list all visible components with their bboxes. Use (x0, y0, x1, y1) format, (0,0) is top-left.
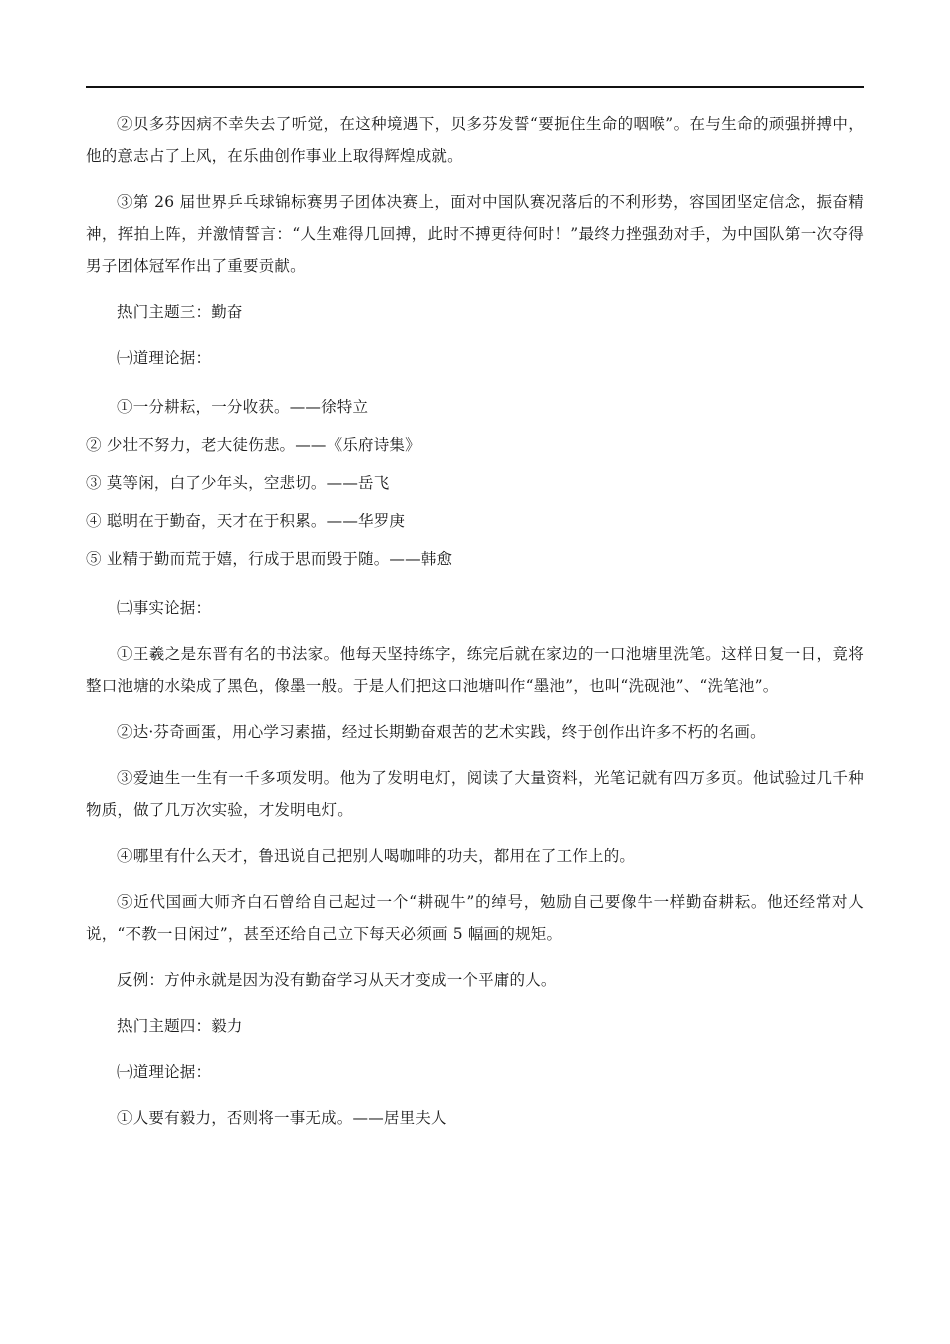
fact-item-lu-xun: ④哪里有什么天才，鲁迅说自己把别人喝咖啡的功夫，都用在了工作上的。 (86, 840, 864, 872)
topic-3-title: 热门主题三：勤奋 (86, 296, 864, 328)
fact-item-edison: ③爱迪生一生有一千多项发明。他为了发明电灯，阅读了大量资料，光笔记就有四万多页。… (86, 762, 864, 826)
quote-item: ④ 聪明在于勤奋，天才在于积累。——华罗庚 (86, 502, 864, 540)
topic-3-reasoning-heading: ㈠道理论据： (86, 342, 864, 374)
paragraph-rong-guotuan: ③第 26 届世界乒乓球锦标赛男子团体决赛上，面对中国队赛况落后的不利形势，容国… (86, 186, 864, 282)
quote-item: ⑤ 业精于勤而荒于嬉，行成于思而毁于随。——韩愈 (86, 540, 864, 578)
quote-item: ①一分耕耘，一分收获。——徐特立 (86, 388, 864, 426)
document-body: ②贝多芬因病不幸失去了听觉，在这种境遇下，贝多芬发誓“要扼住生命的咽喉”。在与生… (86, 108, 864, 1134)
quote-item: ③ 莫等闲，白了少年头，空悲切。——岳飞 (86, 464, 864, 502)
document-page: ②贝多芬因病不幸失去了听觉，在这种境遇下，贝多芬发誓“要扼住生命的咽喉”。在与生… (0, 0, 950, 1344)
header-divider (86, 86, 864, 88)
topic-4-reasoning-heading: ㈠道理论据： (86, 1056, 864, 1088)
topic-3-quote-list: ①一分耕耘，一分收获。——徐特立 ② 少壮不努力，老大徒伤悲。——《乐府诗集》 … (86, 388, 864, 578)
fact-item-wang-xizhi: ①王羲之是东晋有名的书法家。他每天坚持练字，练完后就在家边的一口池塘里洗笔。这样… (86, 638, 864, 702)
paragraph-beethoven: ②贝多芬因病不幸失去了听觉，在这种境遇下，贝多芬发誓“要扼住生命的咽喉”。在与生… (86, 108, 864, 172)
topic-4-title: 热门主题四：毅力 (86, 1010, 864, 1042)
topic-3-facts-heading: ㈡事实论据： (86, 592, 864, 624)
quote-item: ①人要有毅力，否则将一事无成。——居里夫人 (86, 1102, 864, 1134)
quote-item: ② 少壮不努力，老大徒伤悲。——《乐府诗集》 (86, 426, 864, 464)
fact-item-qi-baishi: ⑤近代国画大师齐白石曾给自己起过一个“耕砚牛”的绰号，勉励自己要像牛一样勤奋耕耘… (86, 886, 864, 950)
counter-example: 反例：方仲永就是因为没有勤奋学习从天才变成一个平庸的人。 (86, 964, 864, 996)
fact-item-da-vinci: ②达·芬奇画蛋，用心学习素描，经过长期勤奋艰苦的艺术实践，终于创作出许多不朽的名… (86, 716, 864, 748)
